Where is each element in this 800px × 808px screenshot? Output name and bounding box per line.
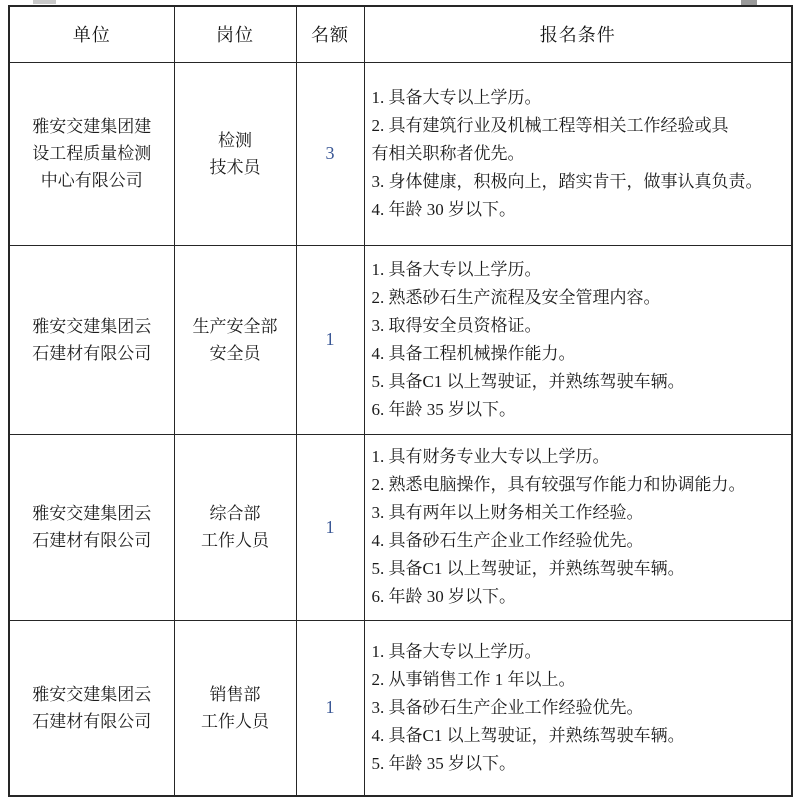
conditions-cell: 1. 具备大专以上学历。 2. 熟悉砂石生产流程及安全管理内容。 3. 取得安全… bbox=[364, 245, 792, 434]
quota-cell: 3 bbox=[296, 62, 364, 245]
conditions-cell: 1. 具有财务专业大专以上学历。 2. 熟悉电脑操作，具有较强写作能力和协调能力… bbox=[364, 434, 792, 620]
conditions-cell: 1. 具备大专以上学历。 2. 具有建筑行业及机械工程等相关工作经验或具 有相关… bbox=[364, 62, 792, 245]
unit-cell: 雅安交建集团建 设工程质量检测 中心有限公司 bbox=[9, 62, 174, 245]
table-body: 雅安交建集团建 设工程质量检测 中心有限公司 检测 技术员 3 1. 具备大专以… bbox=[9, 62, 792, 796]
quota-cell: 1 bbox=[296, 245, 364, 434]
table-row: 雅安交建集团云 石建材有限公司 综合部 工作人员 1 1. 具有财务专业大专以上… bbox=[9, 434, 792, 620]
quota-cell: 1 bbox=[296, 620, 364, 796]
table-row: 雅安交建集团云 石建材有限公司 生产安全部 安全员 1 1. 具备大专以上学历。… bbox=[9, 245, 792, 434]
position-cell: 生产安全部 安全员 bbox=[174, 245, 296, 434]
header-row: 单位 岗位 名额 报名条件 bbox=[9, 6, 792, 62]
unit-cell: 雅安交建集团云 石建材有限公司 bbox=[9, 434, 174, 620]
column-header-quota: 名额 bbox=[296, 6, 364, 62]
table-header: 单位 岗位 名额 报名条件 bbox=[9, 6, 792, 62]
quota-cell: 1 bbox=[296, 434, 364, 620]
scan-artifact bbox=[33, 0, 56, 4]
table-row: 雅安交建集团建 设工程质量检测 中心有限公司 检测 技术员 3 1. 具备大专以… bbox=[9, 62, 792, 245]
position-cell: 销售部 工作人员 bbox=[174, 620, 296, 796]
conditions-cell: 1. 具备大专以上学历。 2. 从事销售工作 1 年以上。 3. 具备砂石生产企… bbox=[364, 620, 792, 796]
table-row: 雅安交建集团云 石建材有限公司 销售部 工作人员 1 1. 具备大专以上学历。 … bbox=[9, 620, 792, 796]
recruitment-table: 单位 岗位 名额 报名条件 雅安交建集团建 设工程质量检测 中心有限公司 检测 … bbox=[8, 5, 793, 797]
unit-cell: 雅安交建集团云 石建材有限公司 bbox=[9, 245, 174, 434]
document-page: 单位 岗位 名额 报名条件 雅安交建集团建 设工程质量检测 中心有限公司 检测 … bbox=[0, 0, 800, 808]
position-cell: 综合部 工作人员 bbox=[174, 434, 296, 620]
position-cell: 检测 技术员 bbox=[174, 62, 296, 245]
column-header-position: 岗位 bbox=[174, 6, 296, 62]
column-header-conditions: 报名条件 bbox=[364, 6, 792, 62]
unit-cell: 雅安交建集团云 石建材有限公司 bbox=[9, 620, 174, 796]
column-header-unit: 单位 bbox=[9, 6, 174, 62]
